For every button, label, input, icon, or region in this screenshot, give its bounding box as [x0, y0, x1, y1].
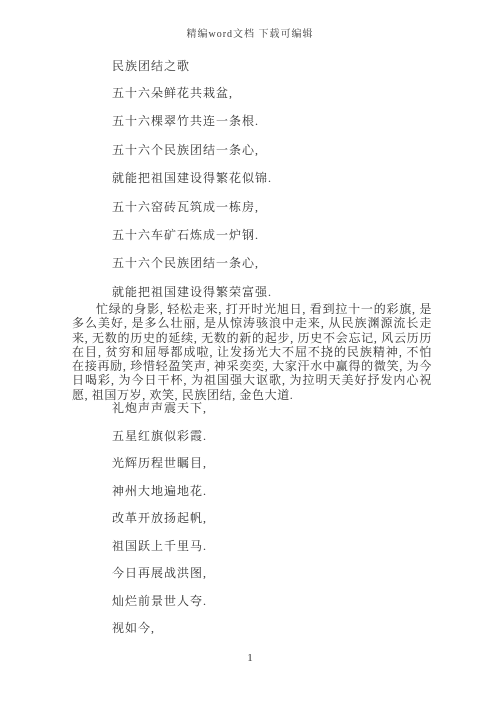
document-title: 民族团结之歌 [112, 57, 190, 74]
poem-line: 五十六棵翠竹共连一条根. [112, 114, 440, 142]
poem-line: 五十六个民族团结一条心, [112, 143, 440, 171]
poem-line: 五十六窑砖瓦筑成一栋房, [112, 200, 440, 228]
page-number: 1 [0, 652, 500, 664]
poem-line: 五十六朵鲜花共栽盆, [112, 86, 440, 114]
poem-line: 改革开放扬起帆, [112, 511, 440, 539]
poem-stanza-1: 五十六朵鲜花共栽盆,五十六棵翠竹共连一条根.五十六个民族团结一条心,就能把祖国建… [112, 86, 440, 313]
poem-line: 灿烂前景世人夸. [112, 594, 440, 622]
poem-line: 礼炮声声震天下, [112, 401, 440, 429]
poem-line: 五十六个民族团结一条心, [112, 256, 440, 284]
poem-line: 神州大地遍地花. [112, 484, 440, 512]
poem-line: 祖国跃上千里马. [112, 539, 440, 567]
poem-stanza-2: 礼炮声声震天下,五星红旗似彩霞.光辉历程世瞩目,神州大地遍地花.改革开放扬起帆,… [112, 401, 440, 649]
document-header: 精编word文档 下载可编辑 [0, 25, 500, 40]
poem-line: 就能把祖国建设得繁花似锦. [112, 171, 440, 199]
word-document-page: 精编word文档 下载可编辑 民族团结之歌 五十六朵鲜花共栽盆,五十六棵翠竹共连… [0, 0, 500, 708]
poem-line: 五十六车矿石炼成一炉钢. [112, 228, 440, 256]
poem-line: 今日再展战洪图, [112, 566, 440, 594]
poem-line: 光辉历程世瞩目, [112, 456, 440, 484]
poem-line: 视如今, [112, 621, 440, 649]
body-paragraph: 忙绿的身影, 轻松走来, 打开时光旭日, 看到拉十一的彩旗, 是多么美好, 是多… [72, 302, 432, 402]
poem-line: 五星红旗似彩霞. [112, 429, 440, 457]
